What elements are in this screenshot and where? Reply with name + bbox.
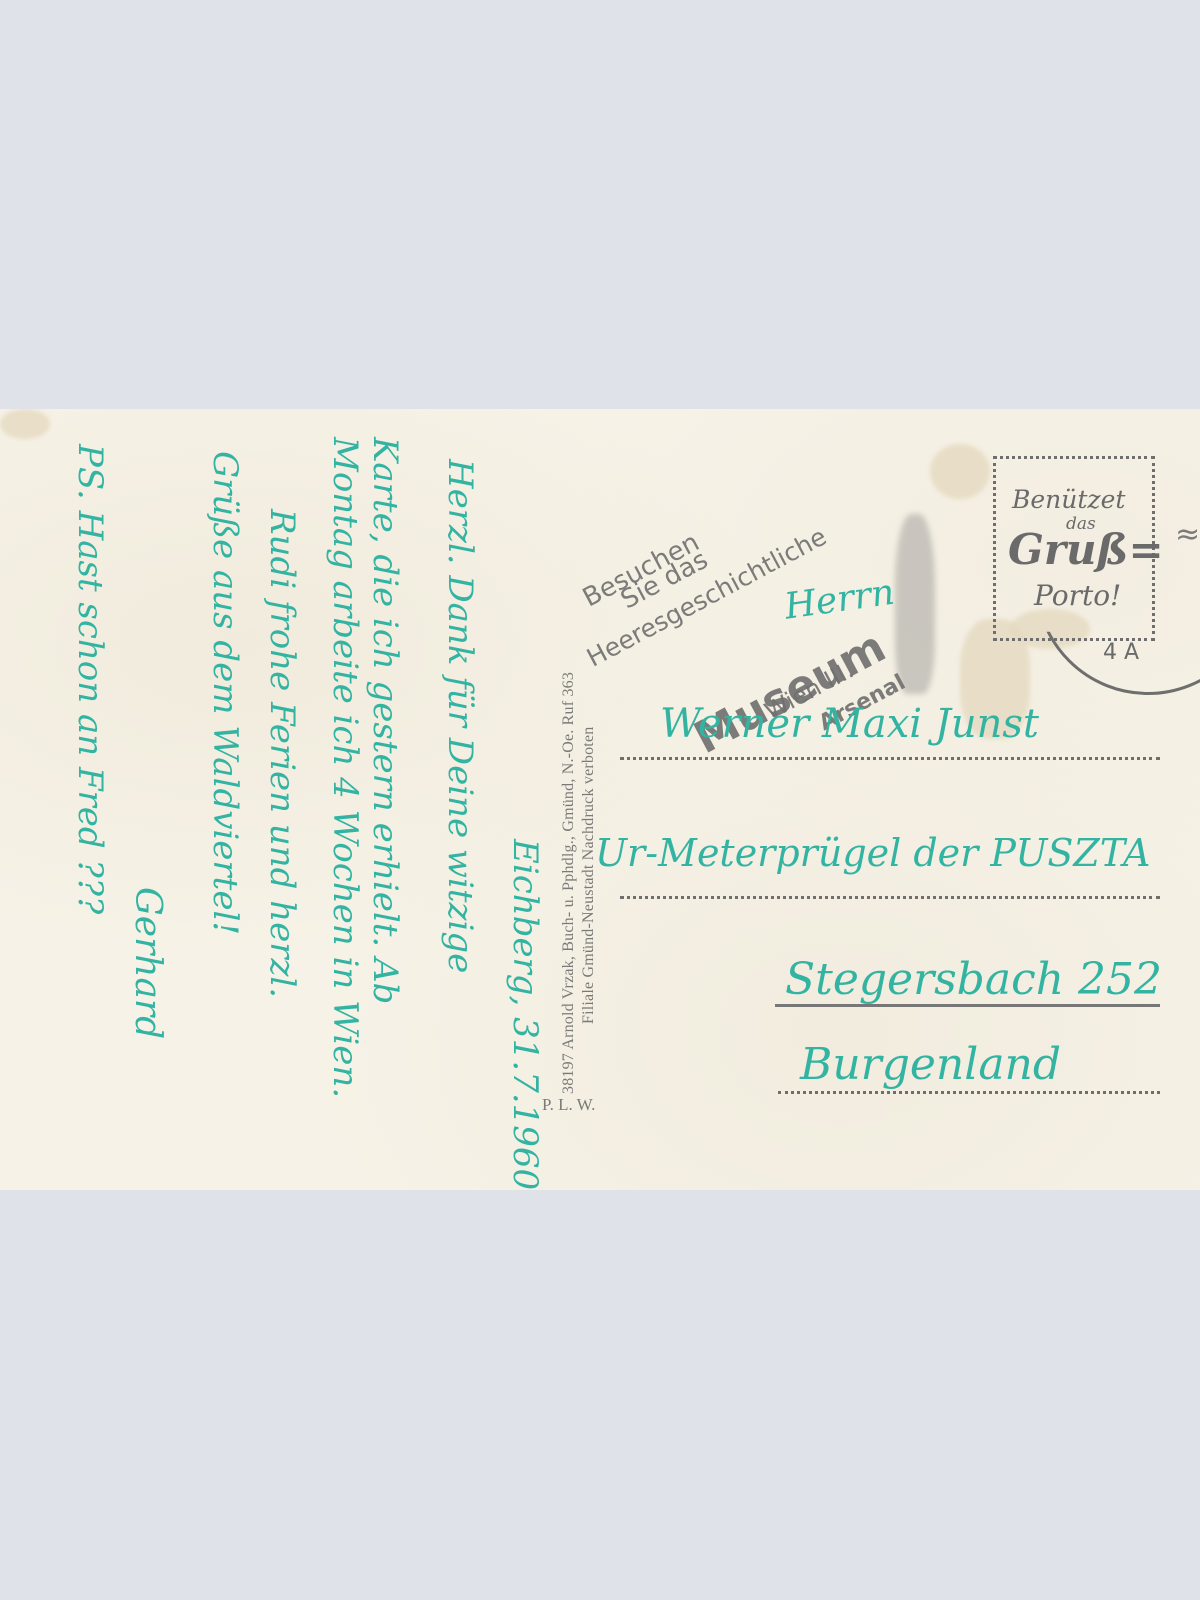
publisher-imprint-line-2: Filiale Gmünd-Neustadt Nachdruck verbote… <box>580 727 598 1024</box>
message-line-1: Karte, die ich gestern erhielt. Ab <box>365 437 405 1004</box>
stamp-text-porto: Porto! <box>1034 579 1121 612</box>
paper-stain <box>0 409 50 439</box>
address-line-4 <box>778 1091 1160 1094</box>
message-line-2: Montag arbeite ich 4 Wochen in Wien. <box>325 437 365 1098</box>
message-line-3: Rudi frohe Ferien und herzl. <box>262 509 302 998</box>
stamp-text-benutzet: Benützet <box>1012 485 1125 514</box>
message-line-4: Grüße aus dem Waldviertel! <box>205 451 245 935</box>
address-region: Burgenland <box>800 1039 1061 1090</box>
address-name: Werner Maxi Junst <box>660 701 1039 747</box>
stamp-box: Benützet das Gruß= Porto! <box>993 456 1155 641</box>
signature: Gerhard <box>127 887 168 1039</box>
address-street: Stegersbach 252 <box>785 954 1162 1005</box>
postmark-code: 4 A <box>1103 640 1139 665</box>
place-date: Eichberg, 31.7.1960 <box>505 839 545 1190</box>
address-line-3 <box>775 1004 1160 1007</box>
publisher-mark: P. L. W. <box>542 1095 595 1115</box>
address-line-2 <box>620 896 1160 899</box>
postcard: Herzl. Dank für Deine witzige Karte, die… <box>0 409 1200 1190</box>
publisher-imprint-line-1: 38197 Arnold Vrzak, Buch- u. Pphdlg., Gm… <box>560 672 578 1094</box>
address-title: Ur-Meterprügel der PUSZTA <box>595 831 1151 875</box>
postscript: PS. Hast schon an Fred ??? <box>70 444 110 914</box>
address-salutation: Herrn <box>782 572 897 628</box>
postmark-wave-icon: ≈ <box>1175 517 1200 552</box>
cancel-smudge <box>895 514 935 694</box>
message-greeting-line: Herzl. Dank für Deine witzige <box>440 459 480 973</box>
paper-stain <box>930 444 990 499</box>
address-line-1 <box>620 757 1160 760</box>
stamp-text-gruss: Gruß= <box>1008 525 1164 574</box>
